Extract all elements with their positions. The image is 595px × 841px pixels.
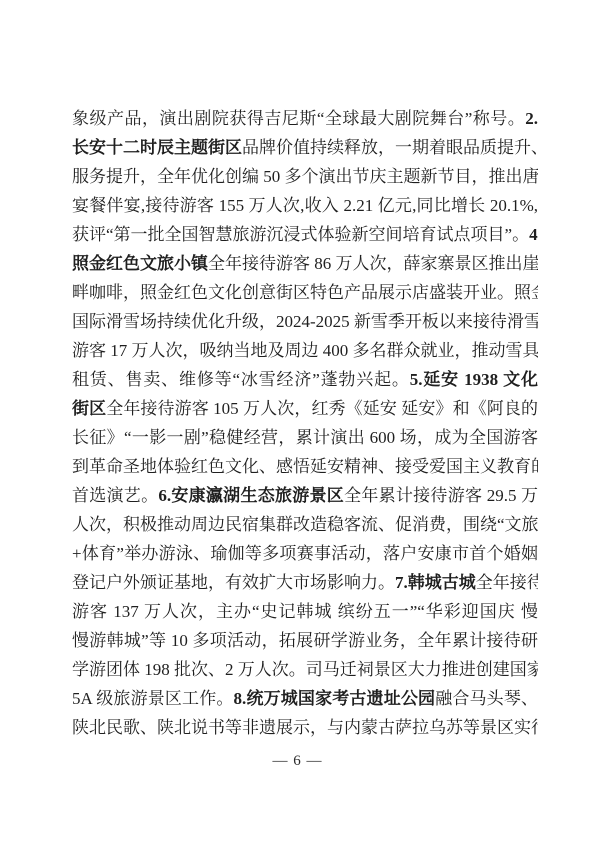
text-segment: 5A 级旅游景区工作。 [72, 689, 234, 708]
text-segment: 登记户外颁证基地，有效扩大市场影响力。 [72, 573, 395, 592]
text-line: 登记户外颁证基地，有效扩大市场影响力。7.韩城古城全年接待 [72, 568, 538, 597]
text-line: 服务提升，全年优化创编 50 多个演出节庆主题新节目，推出唐 [72, 162, 538, 191]
text-segment: 全年累计接待游客 29.5 万 [344, 486, 538, 505]
page-number: — 6 — [0, 753, 595, 770]
bold-text-segment: 6.安康瀛湖生态旅游景区 [158, 486, 344, 505]
text-line: 街区全年接待游客 105 万人次，红秀《延安 延安》和《阿良的 [72, 394, 538, 423]
text-line: 首选演艺。6.安康瀛湖生态旅游景区全年累计接待游客 29.5 万 [72, 481, 538, 510]
text-line: 获评“第一批全国智慧旅游沉浸式体验新空间培育试点项目”。4. [72, 220, 538, 249]
bold-text-segment: 7.韩城古城 [395, 573, 476, 592]
text-segment: 全年接待 [476, 573, 538, 592]
text-line: 租赁、售卖、维修等“冰雪经济”蓬勃兴起。5.延安 1938 文化 [72, 365, 538, 394]
text-segment: 陕北民歌、陕北说书等非遗展示，与内蒙古萨拉乌苏等景区实行 [72, 718, 538, 737]
text-segment: 长征》“一影一剧”稳健经营，累计演出 600 场，成为全国游客 [72, 428, 538, 447]
text-line: 长征》“一影一剧”稳健经营，累计演出 600 场，成为全国游客 [72, 423, 538, 452]
text-line: 5A 级旅游景区工作。8.统万城国家考古遗址公园融合马头琴、 [72, 684, 538, 713]
text-line: 照金红色文旅小镇全年接待游客 86 万人次，薛家寨景区推出崖 [72, 249, 538, 278]
text-line: 慢游韩城”等 10 多项活动，拓展研学游业务，全年累计接待研 [72, 626, 538, 655]
bold-text-segment: 长安十二时辰主题街区 [72, 138, 242, 157]
text-segment: 象级产品，演出剧院获得吉尼斯“全球最大剧院舞台”称号。 [72, 109, 525, 128]
text-segment: 游客 17 万人次，吸纳当地及周边 400 多名群众就业，推动雪具 [72, 341, 538, 360]
text-segment: 获评“第一批全国智慧旅游沉浸式体验新空间培育试点项目”。 [72, 225, 529, 244]
text-line: 陕北民歌、陕北说书等非遗展示，与内蒙古萨拉乌苏等景区实行 [72, 713, 538, 742]
text-line: +体育”举办游泳、瑜伽等多项赛事活动，落户安康市首个婚姻 [72, 539, 538, 568]
text-line: 宴餐伴宴,接待游客 155 万人次,收入 2.21 亿元,同比增长 20.1%, [72, 191, 538, 220]
text-segment: 全年接待游客 86 万人次，薛家寨景区推出崖 [208, 254, 538, 273]
text-segment: 租赁、售卖、维修等“冰雪经济”蓬勃兴起。 [72, 370, 410, 389]
bold-text-segment: 4. [529, 225, 538, 244]
text-segment: 首选演艺。 [72, 486, 158, 505]
text-segment: 畔咖啡，照金红色文化创意街区特色产品展示店盛装开业。照金 [72, 283, 538, 302]
text-line: 象级产品，演出剧院获得吉尼斯“全球最大剧院舞台”称号。2. [72, 104, 538, 133]
text-segment: +体育”举办游泳、瑜伽等多项赛事活动，落户安康市首个婚姻 [72, 544, 538, 563]
document-body: 象级产品，演出剧院获得吉尼斯“全球最大剧院舞台”称号。2.长安十二时辰主题街区品… [72, 104, 538, 742]
text-line: 畔咖啡，照金红色文化创意街区特色产品展示店盛装开业。照金 [72, 278, 538, 307]
bold-text-segment: 照金红色文旅小镇 [72, 254, 208, 273]
text-segment: 国际滑雪场持续优化升级，2024-2025 新雪季开板以来接待滑雪 [72, 312, 538, 331]
text-line: 游客 137 万人次，主办“史记韩城 缤纷五一”“华彩迎国庆 慢 [72, 597, 538, 626]
text-segment: 融合马头琴、 [435, 689, 538, 708]
text-segment: 游客 137 万人次，主办“史记韩城 缤纷五一”“华彩迎国庆 慢 [72, 602, 538, 621]
text-segment: 学游团体 198 批次、2 万人次。司马迁祠景区大力推进创建国家 [72, 660, 538, 679]
text-line: 到革命圣地体验红色文化、感悟延安精神、接受爱国主义教育的 [72, 452, 538, 481]
text-line: 游客 17 万人次，吸纳当地及周边 400 多名群众就业，推动雪具 [72, 336, 538, 365]
text-segment: 到革命圣地体验红色文化、感悟延安精神、接受爱国主义教育的 [72, 457, 538, 476]
document-page: 象级产品，演出剧院获得吉尼斯“全球最大剧院舞台”称号。2.长安十二时辰主题街区品… [0, 0, 595, 841]
text-segment: 慢游韩城”等 10 多项活动，拓展研学游业务，全年累计接待研 [72, 631, 538, 650]
text-segment: 品牌价值持续释放，一期着眼品质提升、 [242, 138, 538, 157]
text-segment: 服务提升，全年优化创编 50 多个演出节庆主题新节目，推出唐 [72, 167, 538, 186]
text-line: 人次，积极推动周边民宿集群改造稳客流、促消费，围绕“文旅 [72, 510, 538, 539]
text-line: 学游团体 198 批次、2 万人次。司马迁祠景区大力推进创建国家 [72, 655, 538, 684]
text-segment: 全年接待游客 105 万人次，红秀《延安 延安》和《阿良的 [106, 399, 538, 418]
bold-text-segment: 8.统万城国家考古遗址公园 [234, 689, 436, 708]
text-line: 长安十二时辰主题街区品牌价值持续释放，一期着眼品质提升、 [72, 133, 538, 162]
text-line: 国际滑雪场持续优化升级，2024-2025 新雪季开板以来接待滑雪 [72, 307, 538, 336]
bold-text-segment: 5.延安 1938 文化 [410, 370, 538, 389]
bold-text-segment: 街区 [72, 399, 106, 418]
text-segment: 宴餐伴宴,接待游客 155 万人次,收入 2.21 亿元,同比增长 20.1%, [72, 196, 538, 215]
bold-text-segment: 2. [525, 109, 538, 128]
text-segment: 人次，积极推动周边民宿集群改造稳客流、促消费，围绕“文旅 [72, 515, 538, 534]
